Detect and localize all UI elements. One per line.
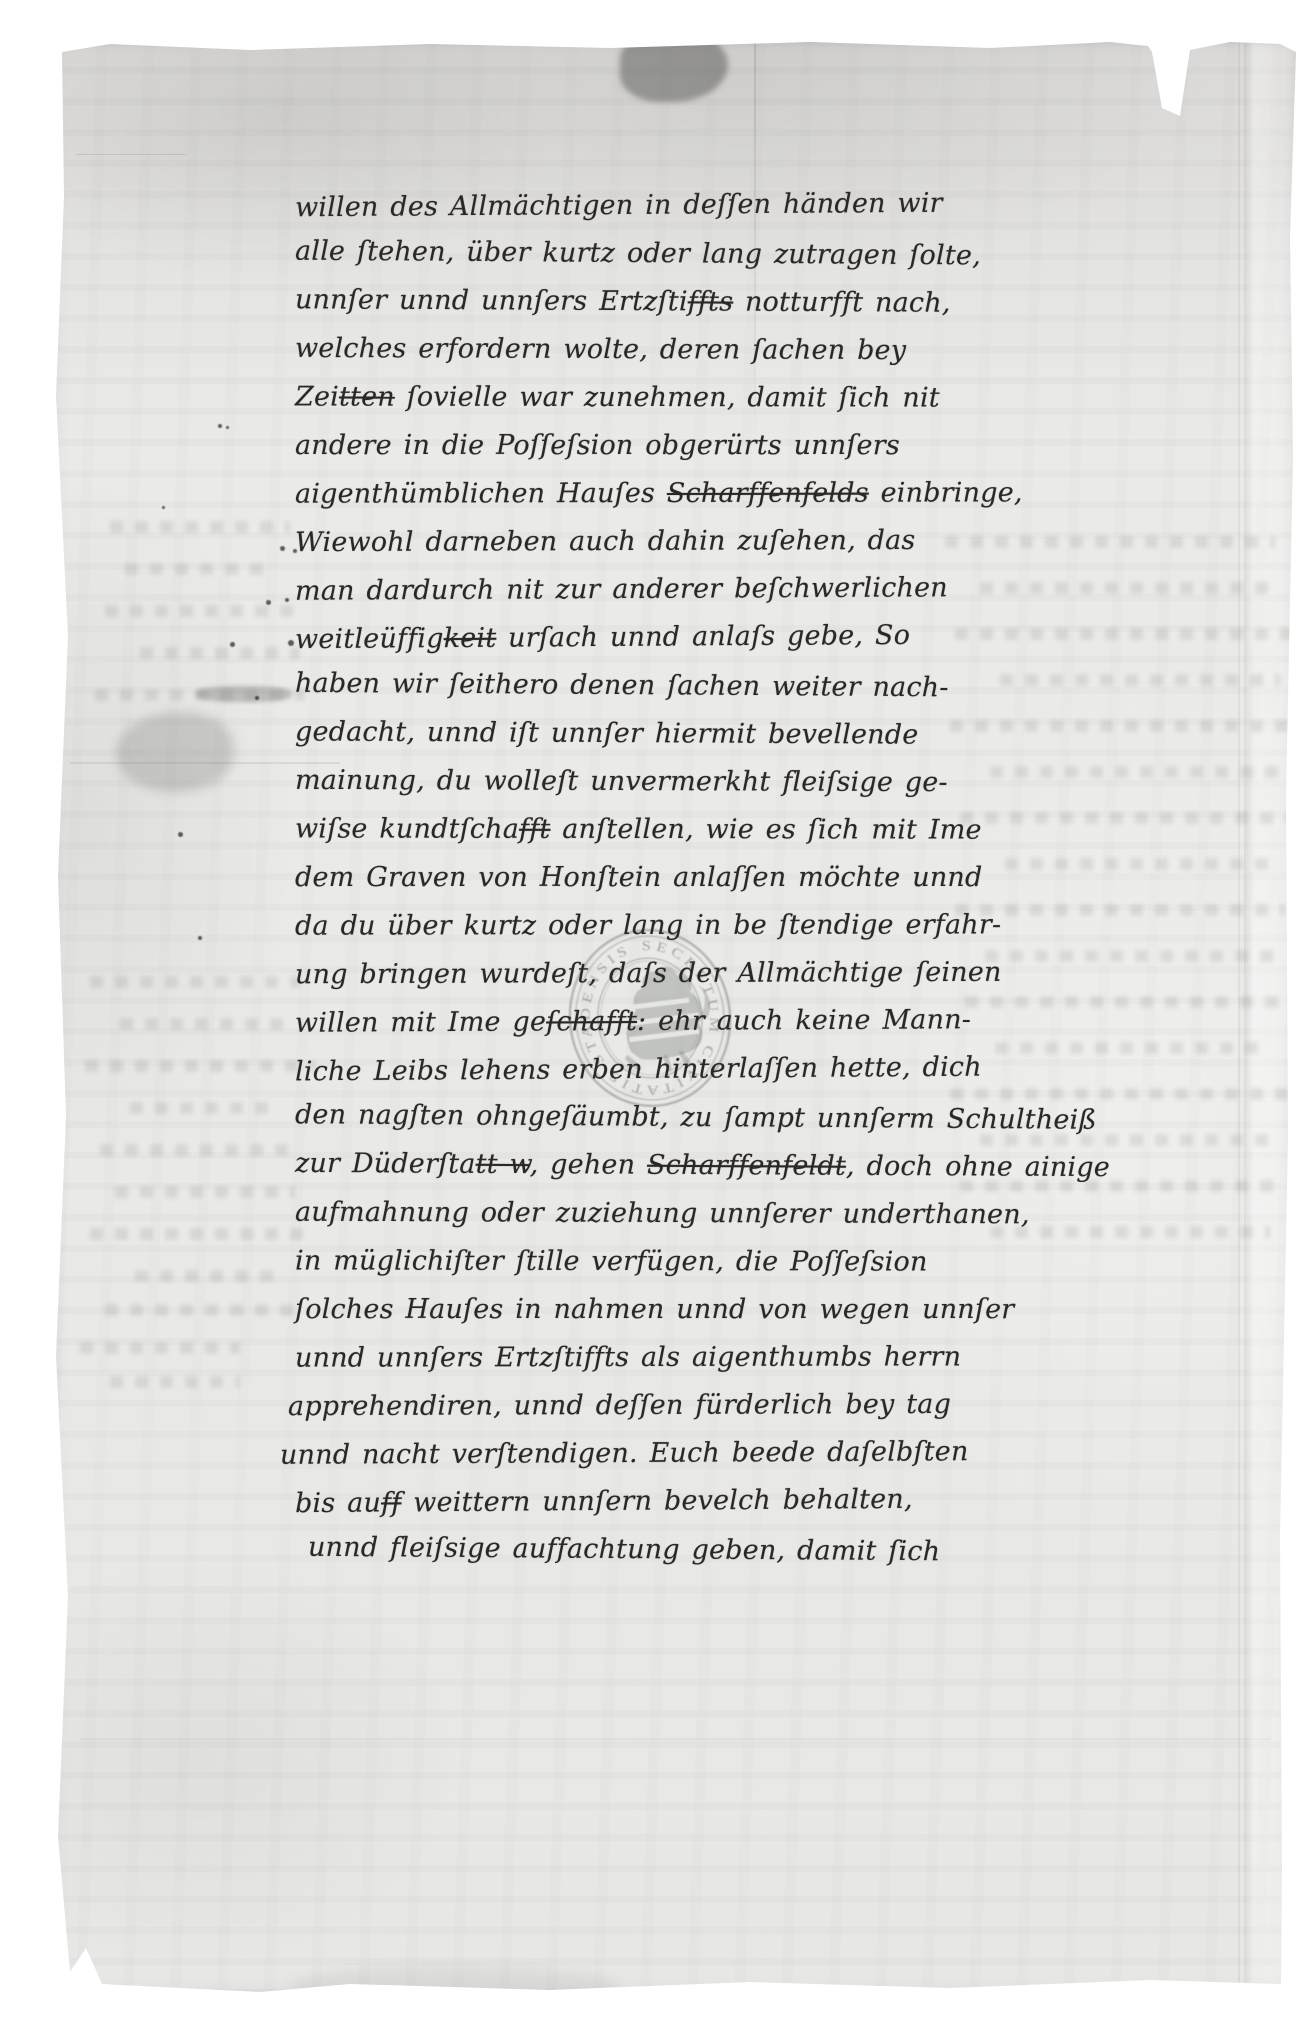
handwritten-line: alle ſtehen, über kurtz oder lang zutrag… (295, 236, 981, 272)
handwritten-line: unnd nacht verſtendigen. Euch beede daſe… (280, 1436, 969, 1471)
handwritten-line: bis auff weittern unnſern bevelch behalt… (295, 1484, 913, 1519)
handwritten-line: Zeitten ſovielle war zunehmen, damit ſic… (295, 381, 940, 413)
handwritten-line: weitleüffigkeit urſach unnd anlaſs gebe,… (295, 620, 910, 655)
handwritten-line: ſolches Hauſes in nahmen unnd von wegen … (295, 1294, 1014, 1325)
handwritten-line: zur Düderſtatt w, gehen Scharffenfeldt, … (295, 1148, 1110, 1183)
handwritten-line: ung bringen wurdeſt, daſs der Allmächtig… (295, 957, 1002, 990)
handwritten-line: willen des Allmächtigen in deſſen händen… (295, 188, 943, 224)
handwritten-line: unnd unnſers Ertzſtiffts als aigenthumbs… (295, 1341, 961, 1373)
handwritten-line: willen mit Ime geſchafft: ehr auch keine… (295, 1004, 971, 1039)
handwritten-line: unnd fleiſsige auffachtung geben, damit … (308, 1532, 940, 1567)
handwritten-line: welches erfordern wolte, deren ſachen be… (295, 333, 906, 366)
handwritten-line: andere in die Poſſeſsion obgerürts unnſe… (295, 430, 900, 461)
document-scan: SECRETUM CIVITATIS STADENSIS willen des … (0, 0, 1306, 2022)
handwritten-line: da du über kurtz oder lang in be ſtendig… (295, 909, 1001, 941)
text-block: willen des Allmächtigen in deſſen händen… (50, 36, 1298, 1996)
handwritten-line: mainung, du wolleſt unvermerkht fleiſsig… (295, 765, 948, 798)
handwritten-line: apprehendiren, unnd deſſen fürderlich be… (288, 1389, 951, 1422)
handwritten-line: liche Leibs lehens erben hinterlaſſen he… (295, 1052, 982, 1088)
handwritten-line: haben wir ſeithero denen ſachen weiter n… (295, 668, 949, 704)
handwritten-line: aufmahnung oder zuziehung unnſerer under… (295, 1197, 1030, 1231)
handwritten-line: wiſse kundtſchafft anſtellen, wie es ſic… (295, 813, 982, 845)
handwritten-line: den nagſten ohngeſäumbt, zu ſampt unnſer… (295, 1099, 1097, 1136)
handwritten-line: in müglichiſter ſtille verfügen, die Poſ… (295, 1245, 928, 1277)
handwritten-line: gedacht, unnd iſt unnſer hiermit bevelle… (295, 716, 919, 750)
handwritten-line: man dardurch nit zur anderer beſchwerlic… (295, 572, 948, 606)
handwritten-line: dem Graven von Honſtein anlaſſen möchte … (295, 862, 983, 893)
handwritten-line: aigenthümblichen Hauſes Scharffenfelds e… (295, 477, 1023, 509)
paper-sheet: SECRETUM CIVITATIS STADENSIS willen des … (50, 36, 1298, 1996)
handwritten-line: Wiewohl darneben auch dahin zuſehen, das (295, 525, 916, 558)
handwritten-line: unnſer unnd unnſers Ertzſtiffts notturff… (295, 284, 951, 318)
